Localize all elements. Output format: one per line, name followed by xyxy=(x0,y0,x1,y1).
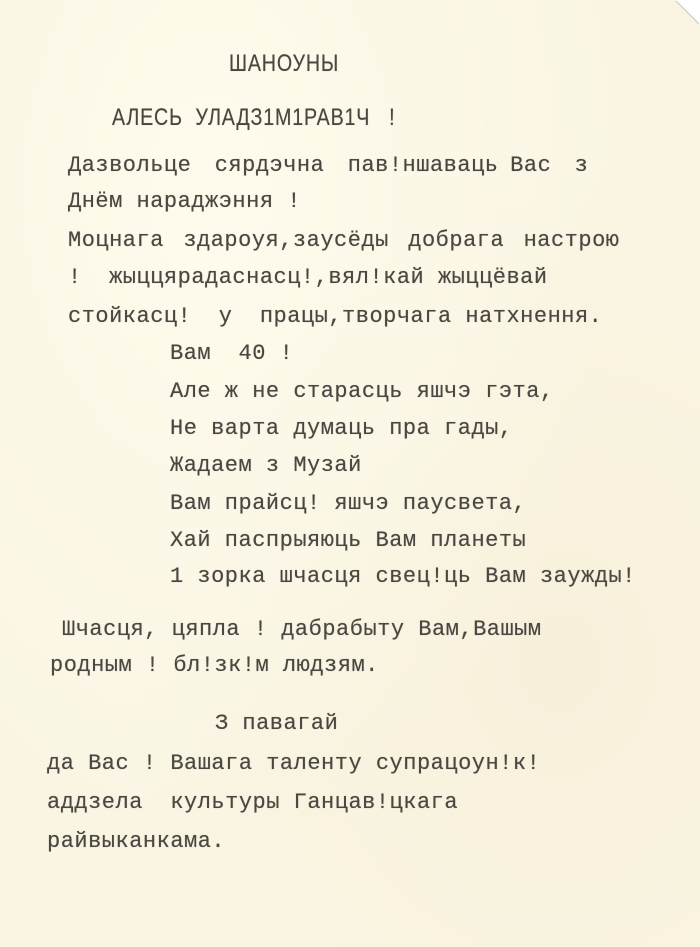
body-line: ! жыццярадаснасц!,вял!кай жыццёвай xyxy=(68,267,548,289)
poem-line: Але ж не старасць яшчэ гэта, xyxy=(170,381,554,403)
salutation-heading: ШАНОУНЫ xyxy=(229,52,339,76)
regards-line: З павагай xyxy=(215,713,338,735)
signature-line: да Вас ! Вашага таленту супрацоун!к! xyxy=(47,753,540,775)
signature-line: аддзела культуры Ганцав!цкага xyxy=(47,792,458,814)
body-line: стойкасц! у працы,творчага натхнення. xyxy=(68,306,602,328)
body-line: Дазвольце сярдэчна пав!ншаваць Вас з xyxy=(68,155,588,177)
poem-line: Вам 40 ! xyxy=(170,343,293,365)
poem-line: Жадаем з Музай xyxy=(170,455,362,477)
poem-line: Не варта думаць пра гады, xyxy=(170,418,513,440)
poem-line: Вам прайсц! яшчэ паусвета, xyxy=(170,493,526,515)
addressee-name: АЛЕСЬ УЛАДЗ1М1РАВ1Ч ! xyxy=(112,106,395,130)
poem-line: Хай паспрыяюць Вам планеты xyxy=(170,530,526,552)
body-line: Днём нараджэння ! xyxy=(68,191,301,213)
closing-wishes-line: родным ! бл!зк!м людзям. xyxy=(50,655,379,677)
body-line: Моцнага здароуя,заусёды добрага настрою xyxy=(68,230,620,252)
closing-wishes-line: Шчасця, цяпла ! дабрабыту Вам,Вашым xyxy=(62,619,542,641)
signature-line: райвыканкама. xyxy=(47,831,225,853)
poem-line: 1 зорка шчасця свец!ць Вам заужды! xyxy=(170,566,636,588)
folded-corner xyxy=(676,0,700,24)
